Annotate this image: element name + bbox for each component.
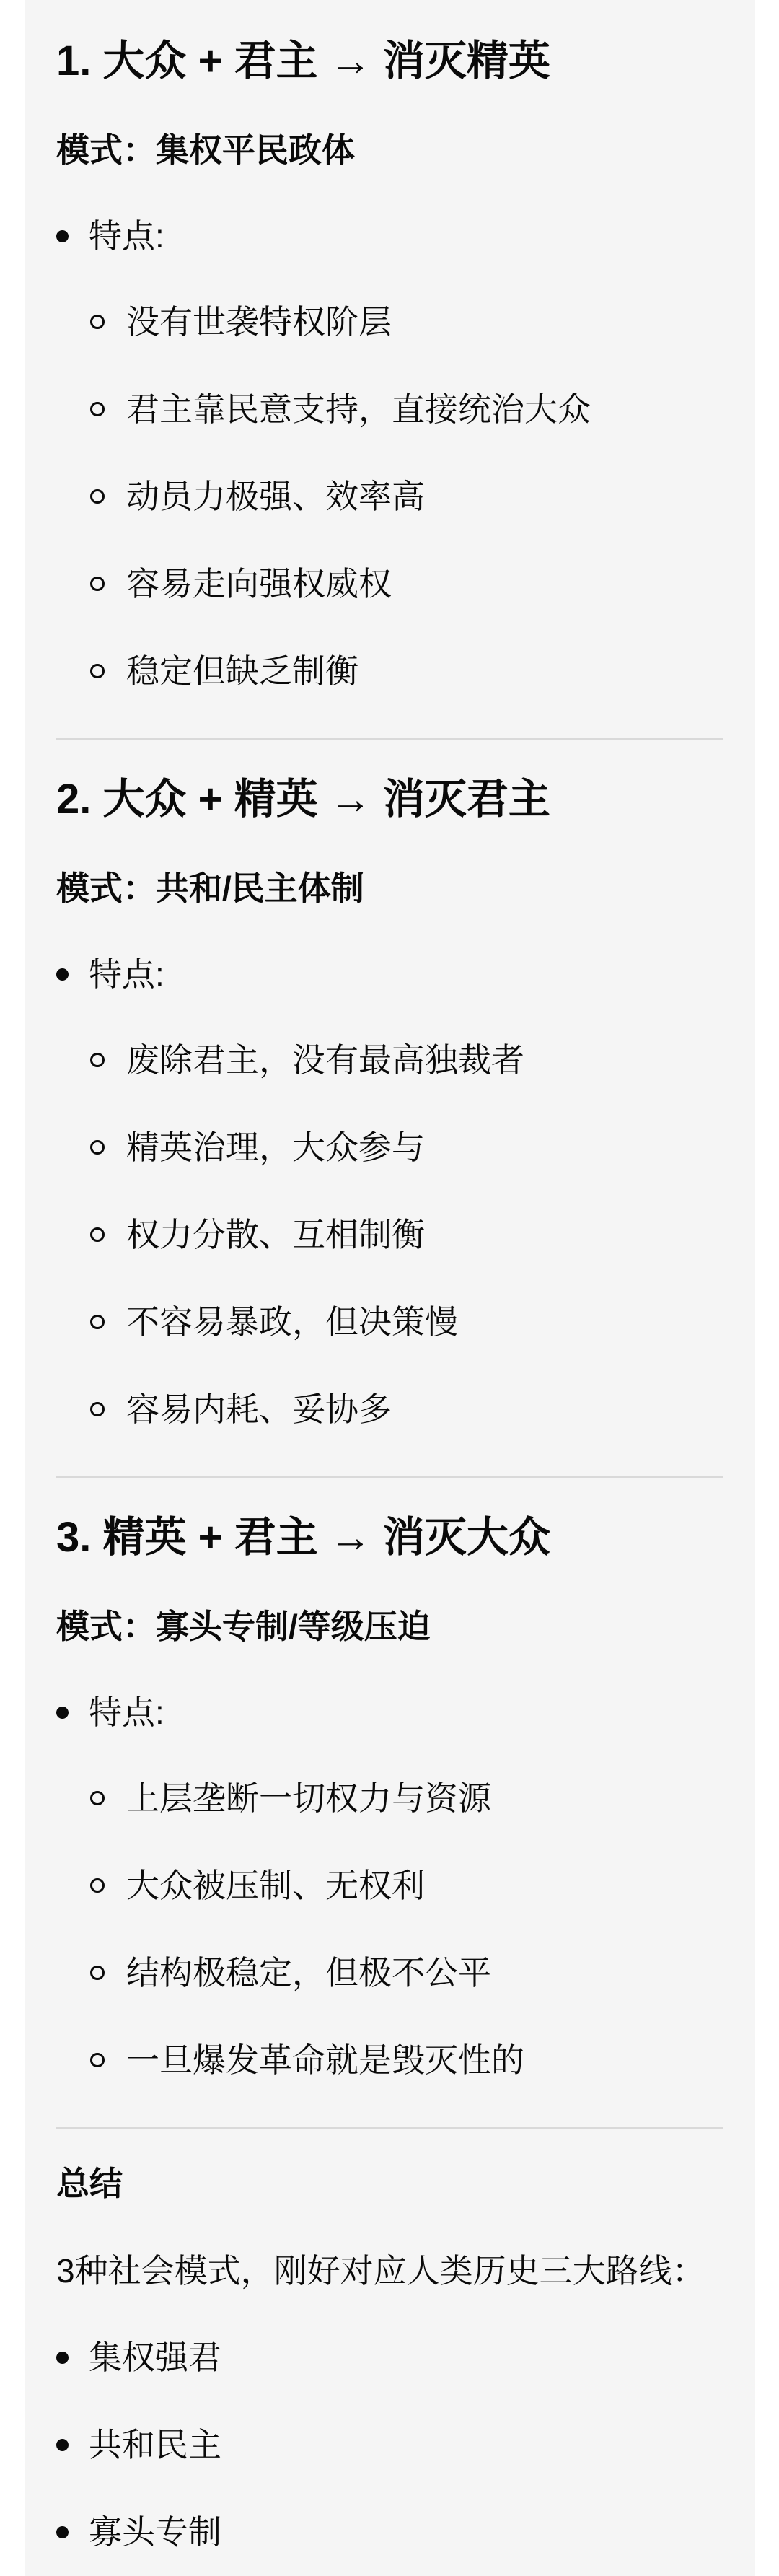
feature-item: 废除君主，没有最高独裁者 — [90, 1040, 755, 1080]
section-title: 1. 大众 + 君主 → 消灭精英 — [56, 36, 755, 87]
bullet-dot-icon — [56, 2439, 69, 2451]
feature-text: 一旦爆发革命就是毁灭性的 — [126, 2040, 524, 2080]
bullet-dot-icon — [56, 2352, 69, 2364]
feature-item: 容易走向强权威权 — [90, 564, 755, 604]
section-2: 2. 大众 + 精英 → 消灭君主 模式：共和/民主体制 特点: 废除君主，没有… — [56, 774, 755, 1429]
summary-title: 总结 — [56, 2163, 755, 2204]
feature-item: 权力分散、互相制衡 — [90, 1214, 755, 1255]
feature-text: 权力分散、互相制衡 — [126, 1214, 425, 1255]
bullet-circle-icon — [90, 1140, 105, 1155]
feature-item: 稳定但缺乏制衡 — [90, 651, 755, 691]
feature-text: 动员力极强、效率高 — [126, 476, 425, 517]
features-header: 特点: — [56, 216, 755, 256]
feature-text: 大众被压制、无权利 — [126, 1865, 425, 1906]
feature-text: 废除君主，没有最高独裁者 — [126, 1040, 524, 1080]
section-title: 2. 大众 + 精英 → 消灭君主 — [56, 774, 755, 825]
bullet-circle-icon — [90, 1053, 105, 1067]
bullet-circle-icon — [90, 1791, 105, 1805]
bullet-dot-icon — [56, 230, 69, 242]
feature-text: 精英治理，大众参与 — [126, 1127, 425, 1167]
summary-item-text: 集权强君 — [89, 2337, 221, 2378]
divider — [56, 1476, 723, 1478]
feature-item: 一旦爆发革命就是毁灭性的 — [90, 2040, 755, 2080]
feature-text: 稳定但缺乏制衡 — [126, 651, 358, 691]
feature-text: 上层垄断一切权力与资源 — [126, 1778, 491, 1818]
bullet-circle-icon — [90, 1878, 105, 1893]
summary-item: 共和民主 — [56, 2424, 755, 2465]
summary-section: 总结 3种社会模式，刚好对应人类历史三大路线： 集权强君 共和民主 寡头专制 — [56, 2163, 755, 2552]
bullet-circle-icon — [90, 2053, 105, 2067]
feature-item: 动员力极强、效率高 — [90, 476, 755, 517]
feature-text: 不容易暴政，但决策慢 — [126, 1302, 458, 1342]
document-card: 1. 大众 + 君主 → 消灭精英 模式：集权平民政体 特点: 没有世袭特权阶层… — [25, 0, 755, 2576]
summary-item-text: 寡头专制 — [89, 2512, 221, 2552]
divider — [56, 738, 723, 740]
bullet-dot-icon — [56, 1707, 69, 1719]
feature-item: 没有世袭特权阶层 — [90, 302, 755, 342]
bullet-circle-icon — [90, 1402, 105, 1416]
feature-item: 不容易暴政，但决策慢 — [90, 1302, 755, 1342]
bullet-circle-icon — [90, 664, 105, 678]
mode-line: 模式：集权平民政体 — [56, 130, 755, 170]
summary-intro: 3种社会模式，刚好对应人类历史三大路线： — [56, 2251, 755, 2291]
section-1: 1. 大众 + 君主 → 消灭精英 模式：集权平民政体 特点: 没有世袭特权阶层… — [56, 36, 755, 691]
feature-item: 大众被压制、无权利 — [90, 1865, 755, 1906]
feature-item: 上层垄断一切权力与资源 — [90, 1778, 755, 1818]
summary-item: 寡头专制 — [56, 2512, 755, 2552]
bullet-circle-icon — [90, 1315, 105, 1329]
features-label: 特点: — [89, 216, 164, 256]
mode-line: 模式：寡头专制/等级压迫 — [56, 1606, 755, 1647]
feature-item: 结构极稳定，但极不公平 — [90, 1953, 755, 1993]
bullet-circle-icon — [90, 577, 105, 591]
bullet-circle-icon — [90, 1966, 105, 1980]
section-3: 3. 精英 + 君主 → 消灭大众 模式：寡头专制/等级压迫 特点: 上层垄断一… — [56, 1512, 755, 2080]
feature-text: 容易走向强权威权 — [126, 564, 392, 604]
section-title: 3. 精英 + 君主 → 消灭大众 — [56, 1512, 755, 1563]
features-label: 特点: — [89, 1692, 164, 1732]
bullet-circle-icon — [90, 315, 105, 329]
feature-text: 容易内耗、妥协多 — [126, 1389, 392, 1429]
feature-item: 精英治理，大众参与 — [90, 1127, 755, 1167]
feature-text: 没有世袭特权阶层 — [126, 302, 392, 342]
feature-item: 容易内耗、妥协多 — [90, 1389, 755, 1429]
features-header: 特点: — [56, 954, 755, 994]
features-header: 特点: — [56, 1692, 755, 1732]
summary-item: 集权强君 — [56, 2337, 755, 2378]
bullet-circle-icon — [90, 402, 105, 416]
bullet-dot-icon — [56, 968, 69, 981]
bullet-circle-icon — [90, 489, 105, 504]
bullet-circle-icon — [90, 1227, 105, 1242]
feature-text: 结构极稳定，但极不公平 — [126, 1953, 491, 1993]
divider — [56, 2127, 723, 2129]
features-label: 特点: — [89, 954, 164, 994]
bullet-dot-icon — [56, 2526, 69, 2538]
mode-line: 模式：共和/民主体制 — [56, 868, 755, 908]
feature-item: 君主靠民意支持，直接统治大众 — [90, 389, 755, 429]
feature-text: 君主靠民意支持，直接统治大众 — [126, 389, 591, 429]
summary-item-text: 共和民主 — [89, 2424, 221, 2465]
